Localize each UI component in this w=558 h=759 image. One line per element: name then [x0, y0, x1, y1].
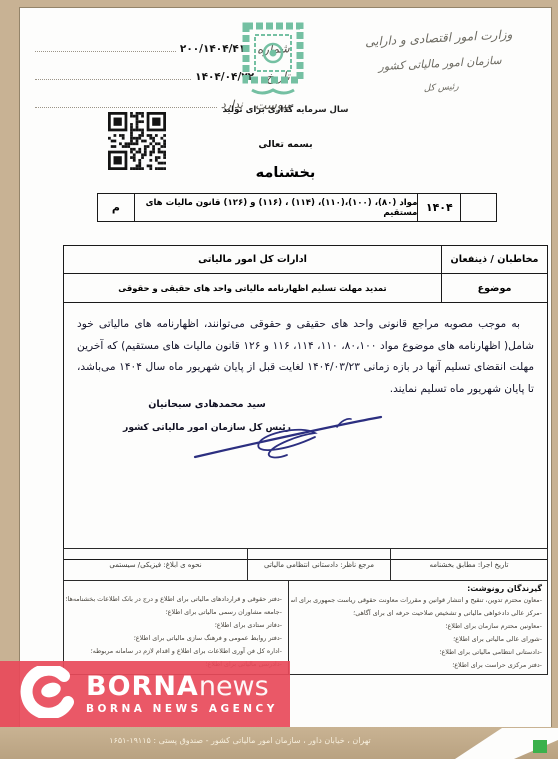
list-item: -دفتر حقوقی و قراردادهای مالیاتی برای اط… — [65, 593, 282, 606]
dotted-leader — [35, 79, 191, 80]
list-item: -معاون محترم تدوین، تنقیح و انتشار قوانی… — [291, 594, 542, 607]
borna-logo-icon — [18, 666, 76, 722]
cc-header: گیرندگان رونوشت: — [291, 584, 542, 593]
cc-column-right: گیرندگان رونوشت: -معاون محترم تدوین، تنق… — [288, 581, 547, 674]
classification-year: ۱۴۰۴ — [417, 194, 460, 221]
handwritten-signature — [187, 411, 387, 472]
footer-address: تهران ، خیابان داور ، سازمان امور مالیات… — [40, 736, 440, 745]
document-page: شماره ۲۰۰/۱۴۰۴/۴۱ تاریخ ۱۴۰۴/۰۴/۲۲ پیوست… — [20, 8, 551, 727]
classification-empty-cell — [460, 194, 496, 221]
classification-code: م — [98, 194, 134, 221]
tax-organization-logo-icon — [238, 20, 308, 104]
list-item: -جامعه مشاوران رسمی مالیاتی برای اطلاع؛ — [65, 606, 282, 619]
letter-main-table: مخاطبان / ذینفعان ادارات کل امور مالیاتی… — [63, 245, 548, 560]
list-item: -اداره کل فن آوری اطلاعات برای اطلاع و ا… — [65, 645, 282, 658]
borna-brand: BORNAnews — [86, 673, 278, 701]
borna-brand-light: news — [199, 671, 269, 702]
execution-supervisor: مرجع ناظر: دادستانی انتظامی مالیاتی — [247, 549, 390, 580]
execution-and-cc-table: تاریخ اجرا: مطابق بخشنامه مرجع ناظر: داد… — [63, 548, 548, 675]
year-slogan: سال سرمایه گذاری برای تولید — [20, 105, 551, 115]
classification-articles: مواد (۸۰)، (۱۰۰)،(۱۱۰)، (۱۱۴) ، (۱۱۶) و … — [134, 194, 418, 221]
classification-strip: ۱۴۰۴ مواد (۸۰)، (۱۰۰)،(۱۱۰)، (۱۱۴) ، (۱۱… — [97, 193, 497, 222]
list-item: -دفتر مرکزی حراست برای اطلاع؛ — [291, 659, 542, 672]
execution-date-note: تاریخ اجرا: مطابق بخشنامه — [390, 549, 547, 580]
list-item: -شورای عالی مالیاتی برای اطلاع؛ — [291, 633, 542, 646]
borna-brand-bold: BORNA — [86, 671, 199, 702]
list-item: -دفتر روابط عمومی و فرهنگ سازی مالیاتی ب… — [65, 632, 282, 645]
audience-row: مخاطبان / ذینفعان ادارات کل امور مالیاتی — [64, 246, 547, 274]
screenshot-root: { "meta": { "number_label": "شماره", "nu… — [0, 0, 558, 759]
document-type-title: بخشنامه — [20, 165, 551, 181]
body-cell: به موجب مصوبه مراجع قانونی واحد های حقیق… — [64, 303, 547, 559]
ministry-heading: وزارت امور اقتصادی و دارایی سازمان امور … — [353, 22, 527, 106]
audience-value: ادارات کل امور مالیاتی — [64, 246, 441, 273]
execution-row: تاریخ اجرا: مطابق بخشنامه مرجع ناظر: داد… — [64, 549, 547, 581]
subject-row: موضوع تمدید مهلت تسلیم اظهارنامه مالیاتی… — [64, 274, 547, 303]
borna-text-block: BORNAnews BORNA NEWS AGENCY — [86, 673, 278, 715]
execution-notification: نحوه ی ابلاغ: فیزیکی/ سیستمی — [64, 549, 247, 580]
list-item: -معاونین محترم سازمان برای اطلاع؛ — [291, 620, 542, 633]
green-chip — [533, 740, 547, 753]
list-item: -دادستانی انتظامی مالیاتی برای اطلاع؛ — [291, 646, 542, 659]
list-item: -دفاتر ستادی برای اطلاع؛ — [65, 619, 282, 632]
subject-label: موضوع — [441, 274, 547, 302]
borna-agency: BORNA NEWS AGENCY — [86, 703, 278, 715]
bismillah-text: بسمه تعالی — [20, 139, 551, 150]
subject-value: تمدید مهلت تسلیم اظهارنامه مالیاتی واحد … — [64, 274, 441, 302]
list-item: -مرکز عالی دادخواهی مالیاتی و تشخیص صلاح… — [291, 607, 542, 620]
borna-news-watermark: BORNAnews BORNA NEWS AGENCY — [0, 661, 290, 727]
audience-label: مخاطبان / ذینفعان — [441, 246, 547, 273]
dotted-leader — [35, 51, 176, 52]
body-text: به موجب مصوبه مراجع قانونی واحد های حقیق… — [77, 314, 534, 401]
